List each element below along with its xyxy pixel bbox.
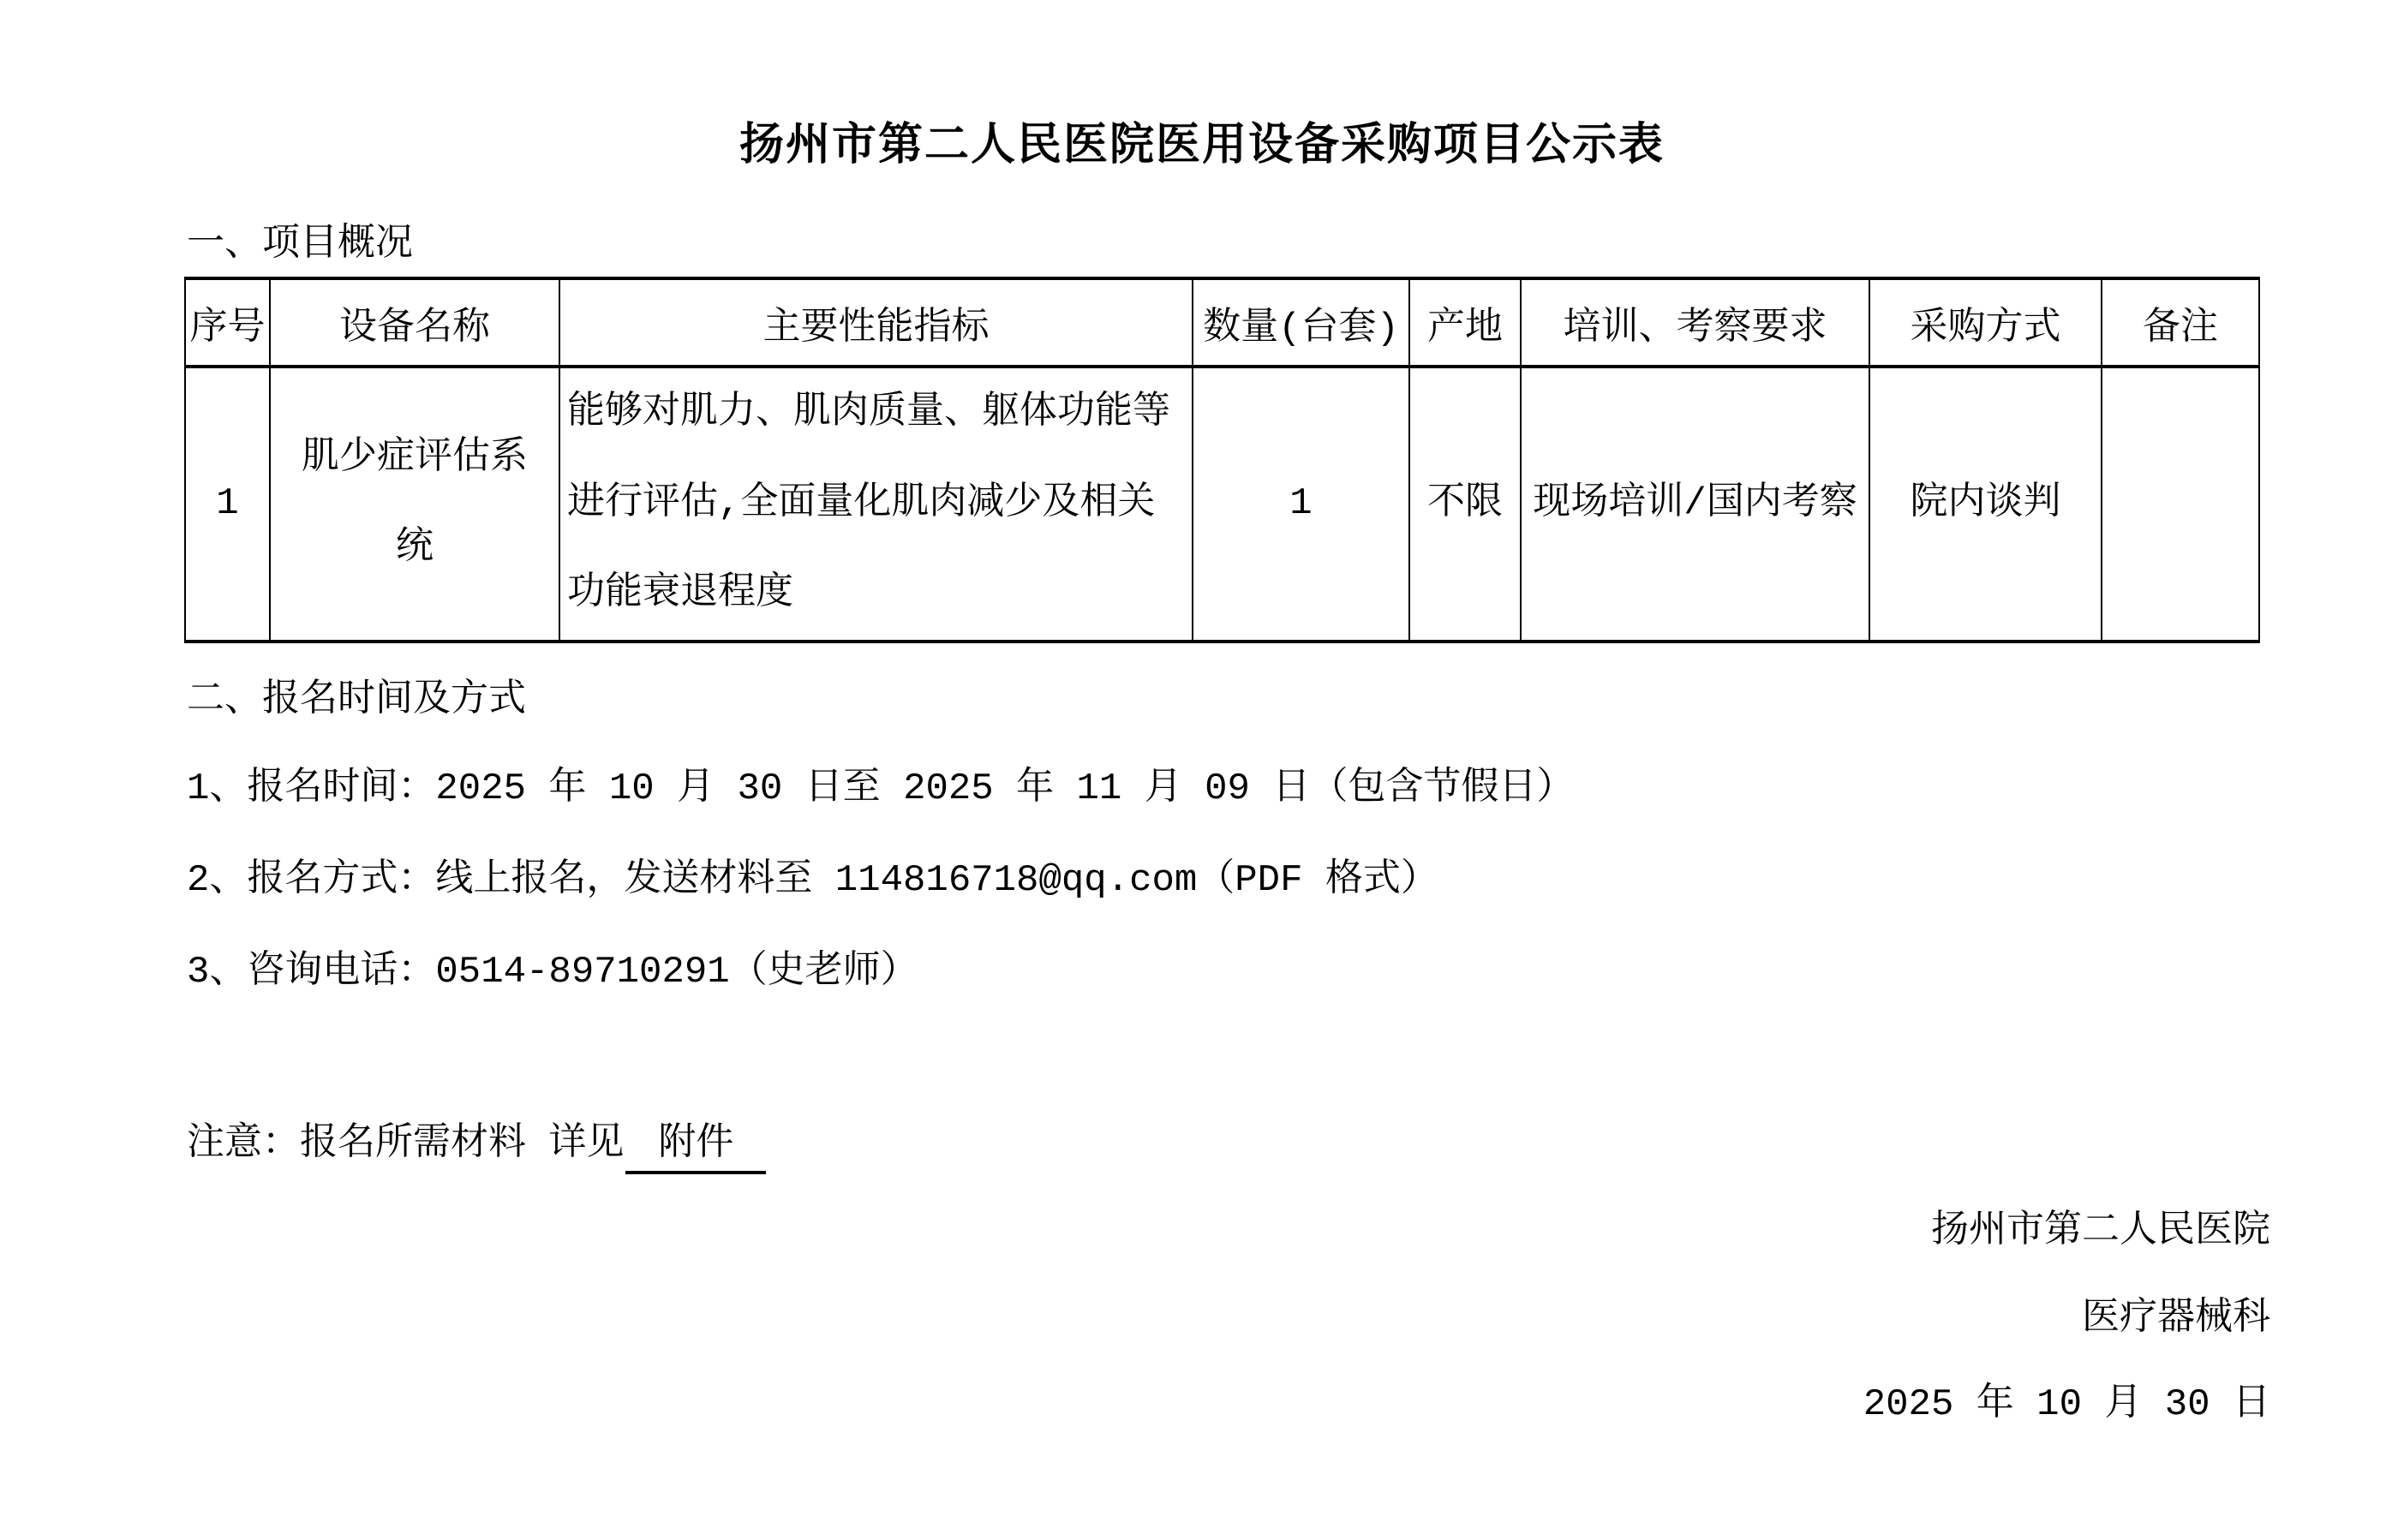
col-header-spec: 主要性能指标 — [559, 278, 1193, 367]
cell-method: 院内谈判 — [1869, 367, 2102, 642]
table-row: 1 肌少症评估系统 能够对肌力、肌肉质量、躯体功能等进行评估,全面量化肌肉减少及… — [185, 367, 2259, 642]
section2-heading: 二、报名时间及方式 — [187, 666, 526, 722]
signature-hospital: 扬州市第二人民医院 — [1931, 1197, 2270, 1253]
document-page: 扬州市第二人民医院医用设备采购项目公示表 一、项目概况 序号 设备名称 主要性能… — [0, 0, 2404, 1540]
col-header-seq: 序号 — [185, 278, 270, 367]
col-header-remark: 备注 — [2102, 278, 2259, 367]
col-header-training: 培训、考察要求 — [1521, 278, 1869, 367]
cell-spec: 能够对肌力、肌肉质量、躯体功能等进行评估,全面量化肌肉减少及相关功能衰退程度 — [559, 367, 1193, 642]
signature-department: 医疗器械科 — [2082, 1285, 2270, 1340]
table-header-row: 序号 设备名称 主要性能指标 数量(台套) 产地 培训、考察要求 采购方式 备注 — [185, 278, 2259, 367]
cell-training: 现场培训/国内考察 — [1521, 367, 1869, 642]
col-header-qty: 数量(台套) — [1193, 278, 1409, 367]
attachment-link[interactable]: 附件 — [625, 1110, 766, 1174]
contact-phone-line: 3、咨询电话：0514-89710291（史老师） — [187, 938, 918, 994]
col-header-origin: 产地 — [1409, 278, 1521, 367]
cell-origin: 不限 — [1409, 367, 1521, 642]
cell-qty: 1 — [1193, 367, 1409, 642]
cell-device-name: 肌少症评估系统 — [270, 367, 559, 642]
project-overview-table: 序号 设备名称 主要性能指标 数量(台套) 产地 培训、考察要求 采购方式 备注… — [184, 277, 2260, 643]
col-header-device-name: 设备名称 — [270, 278, 559, 367]
signature-date: 2025 年 10 月 30 日 — [1863, 1370, 2270, 1426]
note-line: 注意：报名所需材料 详见附件 — [187, 1110, 766, 1174]
cell-seq: 1 — [185, 367, 270, 642]
page-title: 扬州市第二人民医院医用设备采购项目公示表 — [0, 108, 2404, 173]
col-header-method: 采购方式 — [1869, 278, 2102, 367]
section1-heading: 一、项目概况 — [187, 211, 413, 266]
cell-remark — [2102, 367, 2259, 642]
registration-time-line: 1、报名时间：2025 年 10 月 30 日至 2025 年 11 月 09 … — [187, 755, 1574, 810]
registration-method-line: 2、报名方式：线上报名，发送材料至 114816718@qq.com（PDF 格… — [187, 846, 1438, 902]
note-prefix: 注意：报名所需材料 详见 — [187, 1123, 624, 1166]
